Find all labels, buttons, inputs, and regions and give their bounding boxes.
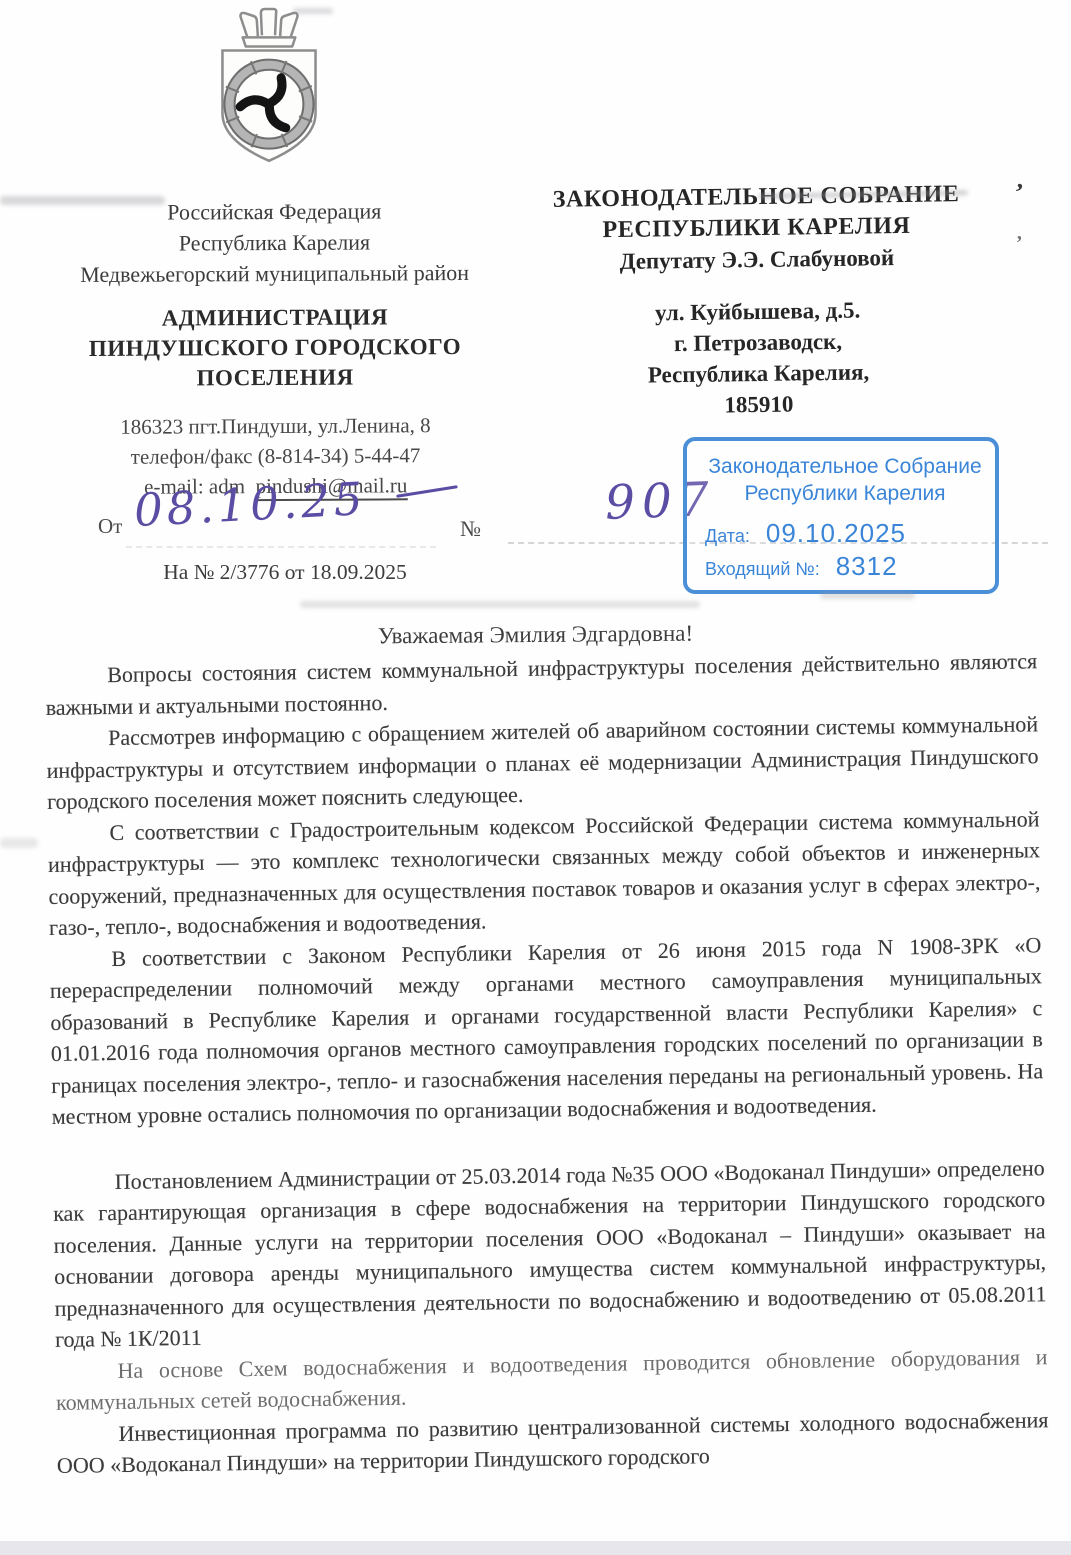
stamp-date-value: 09.10.2025 (766, 518, 906, 549)
handwriting-stroke (396, 485, 458, 498)
reference-line: На № 2/3776 от 18.09.2025 (120, 560, 450, 585)
coat-of-arms-svg (208, 6, 330, 178)
scanned-letter-view: Российская Федерация Республика Карелия … (0, 0, 1071, 1555)
sender-district: Медвежьегорский муниципальный район (50, 257, 500, 290)
scan-smudge (293, 8, 333, 14)
sender-org-name: АДМИНИСТРАЦИЯ ПИНДУШСКОГО ГОРОДСКОГО ПОС… (50, 302, 500, 394)
stamp-incoming-label: Входящий №: (705, 559, 820, 580)
stamp-number-row: Входящий №: 8312 (705, 551, 985, 582)
letter-page: Российская Федерация Республика Карелия … (0, 0, 1071, 1541)
scan-smudge (0, 196, 165, 205)
recipient-addressee: Депутату Э.Э. Слабуновой (534, 241, 979, 278)
stamp-title-line2: Республики Карелия (705, 480, 985, 507)
scan-speck: ’ (1011, 177, 1026, 208)
recipient-address: ул. Куйбышева, д.5. г. Петрозаводск, Рес… (535, 293, 982, 423)
stamp-date-label: Дата: (705, 526, 750, 547)
form-rule-line-date (126, 546, 436, 548)
handwritten-outgoing-date: 08.10.25 (133, 472, 368, 537)
sender-org-line1: АДМИНИСТРАЦИЯ (50, 302, 500, 334)
sender-letterhead: Российская Федерация Республика Карелия … (49, 195, 501, 502)
sender-region: Республика Карелия (49, 226, 499, 259)
page-bottom-gutter (0, 1541, 1071, 1555)
scan-smudge (820, 592, 915, 599)
stamp-title: Законодательное Собрание Республики Каре… (705, 453, 985, 507)
paragraph: Рассмотрев информацию с обращением жител… (46, 708, 1039, 817)
incoming-registration-stamp: Законодательное Собрание Республики Каре… (683, 437, 999, 594)
recipient-postcode: 185910 (536, 386, 981, 423)
paragraph: С соответствии с Градостроительным кодек… (47, 803, 1041, 944)
stamp-incoming-value: 8312 (836, 551, 898, 582)
sender-org-line3: ПОСЕЛЕНИЯ (50, 362, 500, 394)
paragraph: Постановлением Администрации от 25.03.20… (53, 1152, 1048, 1356)
coat-of-arms-icon (208, 6, 330, 178)
sender-phone: телефон/факс (8-814-34) 5-44-47 (50, 440, 500, 472)
paragraph: В соответствии с Законом Республики Каре… (49, 929, 1044, 1133)
sender-org-line2: ПИНДУШСКОГО ГОРОДСКОГО (50, 332, 500, 364)
sender-postal-address: 186323 пгт.Пиндуши, ул.Ленина, 8 (50, 410, 500, 442)
recipient-org-line1: ЗАКОНОДАТЕЛЬНОЕ СОБРАНИЕ (533, 179, 978, 216)
scan-speck: ‚ (1016, 222, 1023, 245)
scan-smudge (0, 838, 38, 848)
from-label: От (98, 514, 122, 539)
letter-body: Вопросы состояния систем коммунальной ин… (45, 645, 1049, 1481)
scan-smudge (300, 601, 700, 608)
stamp-title-line1: Законодательное Собрание (705, 453, 985, 480)
recipient-block: ЗАКОНОДАТЕЛЬНОЕ СОБРАНИЕ РЕСПУБЛИКИ КАРЕ… (533, 179, 981, 423)
stamp-date-row: Дата: 09.10.2025 (705, 518, 985, 549)
number-sign-label: № (460, 516, 481, 542)
